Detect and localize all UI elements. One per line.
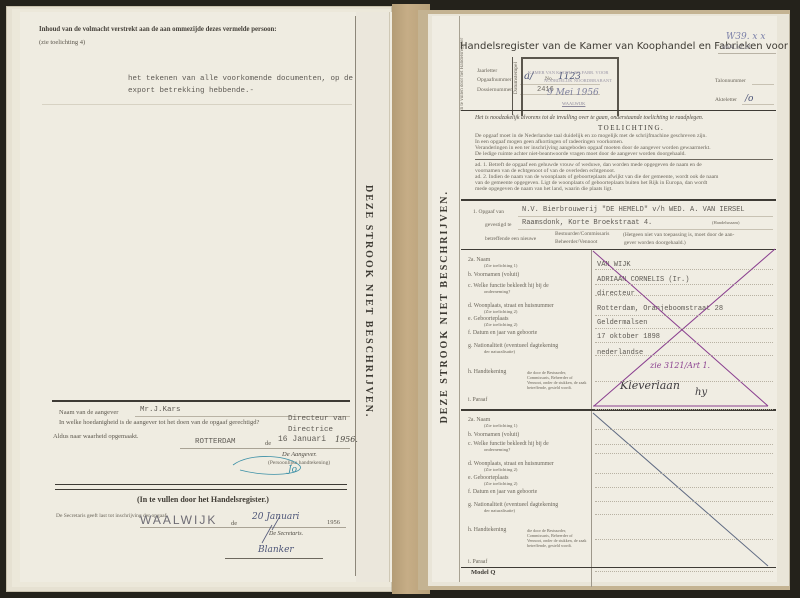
person-1-label-7: h. Handtekening xyxy=(468,370,506,376)
opgaafnummer-label: Opgaafnummer xyxy=(477,78,512,84)
entry-line xyxy=(595,328,773,329)
akteletter-label: Akteletter xyxy=(715,98,737,104)
entry-line xyxy=(595,501,773,502)
person-2-label-5: f. Datum en jaar van geboorte xyxy=(468,490,537,496)
entry-line xyxy=(595,444,773,445)
entry-line xyxy=(595,429,773,430)
entry-line xyxy=(595,355,773,356)
entry-line xyxy=(595,473,773,474)
person-1-geboorteplaats: Geldermalsen xyxy=(597,320,647,327)
toelichting-ad2c: mede opgegeven de naam van het land, waa… xyxy=(475,187,613,193)
entry-line xyxy=(595,381,773,382)
registry-year: 1956 xyxy=(327,520,340,527)
person-1-signature-note: die door de Bestuurder, Commissaris, Beh… xyxy=(527,370,587,390)
person-2-label-7: h. Handtekening xyxy=(468,528,506,534)
entry-line xyxy=(595,453,773,454)
section-divider xyxy=(461,199,776,201)
typed-line-1: het tekenen van alle voorkomende documen… xyxy=(128,76,353,84)
strike-note-2: gever worden doorgehaald.) xyxy=(624,241,686,247)
entry-line xyxy=(595,571,773,572)
date-stamp-box xyxy=(521,57,619,116)
strike-note-1: (Hetgeen niet van toepassing is, moet do… xyxy=(623,233,734,239)
role-options-2: Beheerder/Vennoot xyxy=(555,240,597,246)
gevestigd-label: gevestigd te xyxy=(485,223,511,229)
underline xyxy=(718,53,776,54)
entry-line xyxy=(595,269,773,270)
stamp-date: 9 Mei 1956 xyxy=(547,89,599,98)
entry-line xyxy=(595,315,773,316)
section-divider xyxy=(55,484,347,485)
declaration-year: 1956. xyxy=(335,436,358,444)
declaration-place: ROTTERDAM xyxy=(195,439,236,447)
betreffende-label: betreffende een nieuwe xyxy=(485,237,536,243)
secretary-signature: Blanker xyxy=(258,546,294,555)
left-header: Inhoud van de volmacht verstrekt aan de … xyxy=(39,27,277,34)
left-strip-notice: DEZE STROOK NIET BESCHRIJVEN. xyxy=(363,185,374,418)
person-2-sublabel-3: (Zie toelichting 2) xyxy=(484,468,517,473)
toelichting-p4: De ledige ruimte achter niet-beantwoorde… xyxy=(475,152,686,158)
entry-line xyxy=(595,284,773,285)
person-2-label-1: b. Voornamen (voluit) xyxy=(468,433,519,439)
person-2-signature-note: die door de Bestuurder, Commissaris, Beh… xyxy=(527,528,587,548)
signer-label: De Aangever. xyxy=(282,452,317,459)
stamp-line-2: NOORDELIJK NOORDBRABANT xyxy=(544,79,612,84)
datumstempel-label: Datumstempel xyxy=(513,62,519,94)
registry-date: 20 Januari xyxy=(252,513,299,522)
underline xyxy=(518,216,773,217)
opgaaf-value: N.V. Bierbrouwerij "DE HEMELD" v/h WED. … xyxy=(522,207,745,214)
divider xyxy=(42,104,352,105)
entry-line xyxy=(595,295,773,296)
section-divider xyxy=(461,567,776,568)
right-strip-notice: DEZE STROOK NIET BESCHRIJVEN. xyxy=(439,190,450,423)
section-divider xyxy=(52,400,350,402)
declarant-signature: Jo xyxy=(288,466,297,475)
secretary-label: De Secretaris. xyxy=(269,531,303,537)
person-2-sublabel-2: onderneming? xyxy=(484,448,510,453)
underline xyxy=(225,558,323,559)
section-divider xyxy=(55,489,347,490)
toelichting-heading: TOELICHTING. xyxy=(598,125,664,132)
akteletter-value: /o xyxy=(745,95,753,104)
person-1-sublabel-4: (Zie toelichting 2) xyxy=(484,323,517,328)
left-header-note: (zie toelichting 4) xyxy=(39,40,85,47)
entry-line xyxy=(595,514,773,515)
gevestigd-value: Raamsdonk, Korte Broekstraat 4. xyxy=(522,220,652,227)
jaarletter-label: Jaarletter xyxy=(477,69,497,75)
handelsnaam-label: (Handelsnaam) xyxy=(712,221,740,226)
stamp-line-1: KAMER VAN KOOPH. EN FABR. VOOR xyxy=(528,71,608,76)
opgaaf-label: 1. Opgaaf van xyxy=(473,210,504,216)
person-1-label-5: f. Datum en jaar van geboorte xyxy=(468,331,537,337)
declarant-capacity-value-2: Directrice xyxy=(288,427,333,435)
signer-note: (Persoonlijke handtekening) xyxy=(268,461,330,467)
person-1-sublabel-0: (Zie toelichting 1) xyxy=(484,264,517,269)
entry-line xyxy=(595,539,773,540)
divider xyxy=(475,159,773,160)
declarant-name-value: Mr.J.Kars xyxy=(140,407,181,415)
underline xyxy=(180,448,350,449)
declarant-capacity-label: In welke hoedanigheid is de aangever tot… xyxy=(59,420,259,427)
dossiernummer-label: Dossiernummer xyxy=(477,88,512,94)
underline xyxy=(518,229,773,230)
stamp-place: WAALWIJK xyxy=(562,102,585,107)
declaration-date: 16 Januari xyxy=(278,436,326,444)
truth-statement: Aldus naar waarheid opgemaakt. xyxy=(53,434,139,441)
person-2-sublabel-4: (Zie toelichting 2) xyxy=(484,482,517,487)
column-divider xyxy=(591,250,592,587)
entry-line xyxy=(595,487,773,488)
person-1-sublabel-6: der naturalisatie) xyxy=(484,350,515,355)
cancellation-annotation: zie 3121/Art 1. xyxy=(650,362,710,370)
person-1-sublabel-2: onderneming? xyxy=(484,290,510,295)
underline xyxy=(742,104,774,105)
section-divider xyxy=(461,110,776,111)
registry-heading: (In te vullen door het Handelsregister.) xyxy=(137,496,269,504)
register-place: WAALWIJK xyxy=(722,45,751,51)
person-2-sublabel-0: (Zie toelichting 1) xyxy=(484,424,517,429)
section-divider xyxy=(461,249,776,250)
person-2-label-8: i. Paraaf xyxy=(468,560,487,566)
declarant-capacity-value-1: Directeur van xyxy=(288,416,347,424)
underline xyxy=(752,84,774,85)
underline xyxy=(140,527,346,528)
entry-line xyxy=(595,342,773,343)
scanned-document-spread: Inhoud van de volmacht verstrekt aan de … xyxy=(0,0,800,598)
person-1-voornamen: ADRIAAN CORNELIS (Ir.) xyxy=(597,277,689,284)
person-1-woonplaats: Rotterdam, Oranjeboomstraat 28 xyxy=(597,306,723,313)
registry-side-note: In te vullen door het Handelsregister xyxy=(460,55,465,111)
person-1-label-1: b. Voornamen (voluit) xyxy=(468,273,519,279)
date-de: de xyxy=(265,441,271,448)
person-1-paraaf: hy xyxy=(695,388,707,398)
person-1-sublabel-3: (Zie toelichting 2) xyxy=(484,310,517,315)
role-options-1: Bestuurder/Commissaris xyxy=(555,232,609,238)
notice-text: Het is noodzakelijk alvorens tot de invu… xyxy=(475,116,703,122)
person-1-geboorte: 17 oktober 1898 xyxy=(597,334,660,341)
left-page-frame xyxy=(30,16,356,576)
model-label: Model Q xyxy=(471,570,495,577)
person-1-naam: VAN WIJK xyxy=(597,262,631,269)
person-1-label-8: i. Paraaf xyxy=(468,398,487,404)
registry-place-stamp: WAALWIJK xyxy=(140,514,217,526)
entry-line xyxy=(595,409,773,410)
typed-line-2: export betrekking hebbende.- xyxy=(128,88,254,96)
person-2-sublabel-6: der naturalisatie) xyxy=(484,509,515,514)
declarant-name-label: Naam van de aangever xyxy=(59,410,118,417)
talonnummer-label: Talonnummer xyxy=(715,79,746,85)
